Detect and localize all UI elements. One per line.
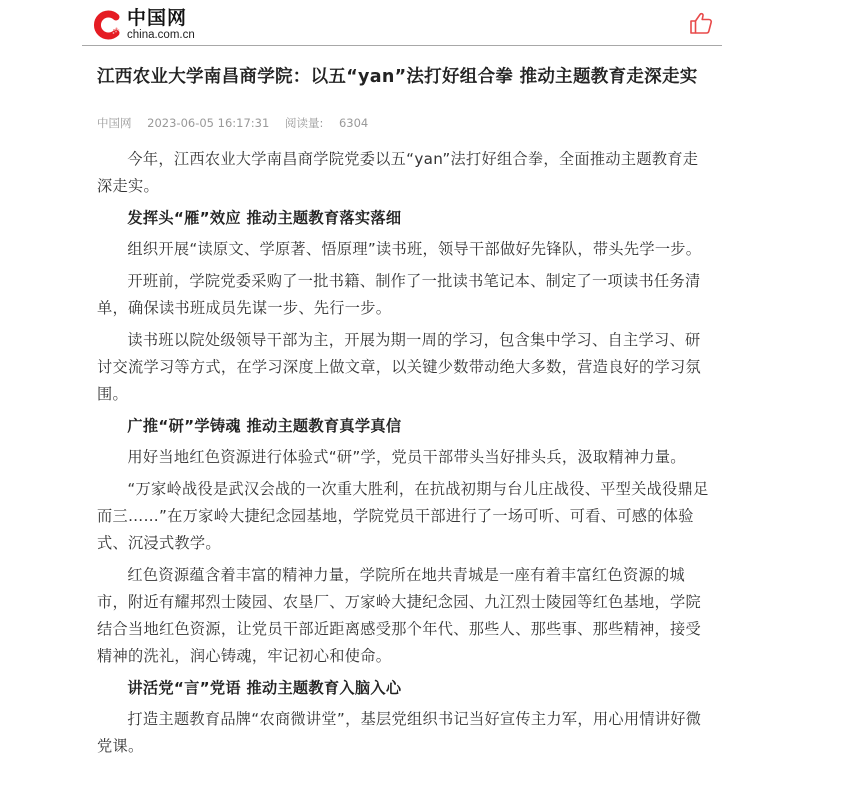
china-com-cn-logo-icon <box>92 10 122 40</box>
paragraph: 打造主题教育品牌“农商微讲堂”，基层党组织书记当好宣传主力军，用心用情讲好微党课… <box>97 706 712 760</box>
section-heading: 发挥头“雁”效应 推动主题教育落实落细 <box>97 205 712 232</box>
article-meta: 中国网 2023-06-05 16:17:31 阅读量: 6304 <box>97 114 712 132</box>
thumbs-up-icon <box>688 21 714 40</box>
article-title: 江西农业大学南昌商学院：以五“yan”法打好组合拳 推动主题教育走深走实 <box>97 62 712 92</box>
article-source: 中国网 2023-06-05 16:17:31 <box>97 116 269 130</box>
paragraph: 读书班以院处级领导干部为主，开展为期一周的学习，包含集中学习、自主学习、研讨交流… <box>97 327 712 408</box>
section-heading: 讲活党“言”党语 推动主题教育入脑入心 <box>97 675 712 702</box>
site-logo[interactable]: 中国网 china.com.cn <box>92 8 195 42</box>
article-body: 今年，江西农业大学南昌商学院党委以五“yan”法打好组合拳，全面推动主题教育走深… <box>97 146 712 760</box>
logo-name-cn: 中国网 <box>127 9 195 28</box>
paragraph: 组织开展“读原文、学原著、悟原理”读书班，领导干部做好先锋队，带头先学一步。 <box>97 236 712 263</box>
site-header: 中国网 china.com.cn <box>82 0 722 46</box>
paragraph: 红色资源蕴含着丰富的精神力量，学院所在地共青城是一座有着丰富红色资源的城市，附近… <box>97 562 712 670</box>
paragraph: 用好当地红色资源进行体验式“研”学，党员干部带头当好排头兵，汲取精神力量。 <box>97 444 712 471</box>
paragraph: 今年，江西农业大学南昌商学院党委以五“yan”法打好组合拳，全面推动主题教育走深… <box>97 146 712 200</box>
section-heading: 广推“研”学铸魂 推动主题教育真学真信 <box>97 413 712 440</box>
paragraph: “万家岭战役是武汉会战的一次重大胜利，在抗战初期与台儿庄战役、平型关战役鼎足而三… <box>97 476 712 557</box>
article: 江西农业大学南昌商学院：以五“yan”法打好组合拳 推动主题教育走深走实 中国网… <box>97 62 712 765</box>
paragraph: 开班前，学院党委采购了一批书籍、制作了一批读书笔记本、制定了一项读书任务清单，确… <box>97 268 712 322</box>
like-button[interactable] <box>688 10 714 36</box>
logo-name-en: china.com.cn <box>127 30 195 42</box>
read-count: 阅读量: 6304 <box>285 116 368 130</box>
article-datetime: 2023-06-05 16:17:31 <box>147 116 269 130</box>
